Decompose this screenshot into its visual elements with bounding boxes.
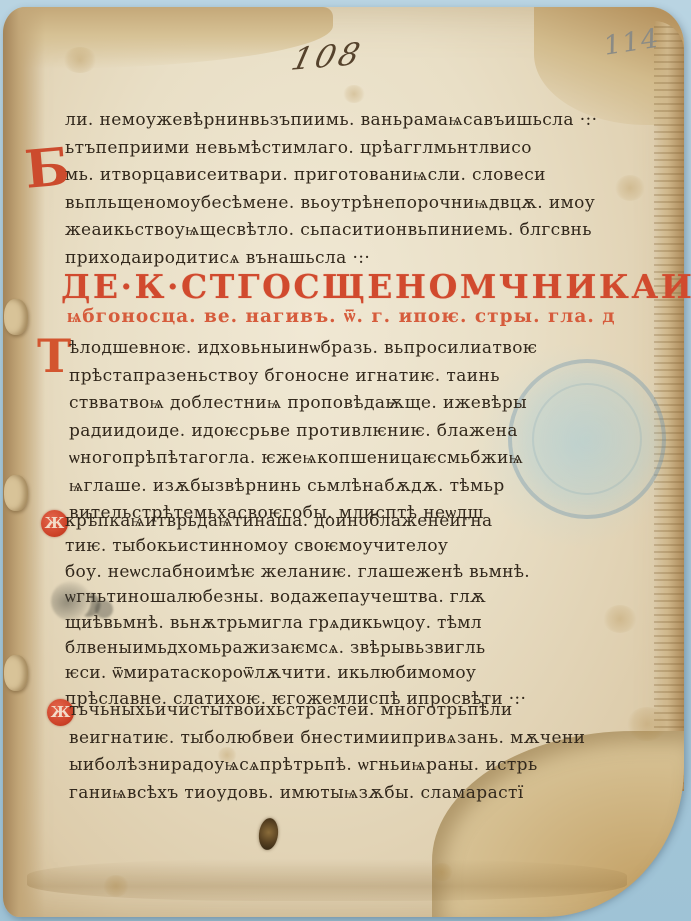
text-line: тиѥ. тыбокьистинномоу своѥмоучителоу: [65, 534, 530, 559]
page-edge-top-left: [3, 7, 333, 69]
folio-number-ink: 108: [288, 36, 366, 78]
text-line: ствватвоѩ доблестниѩ проповѣдаѭще. ижевѣ…: [69, 390, 537, 418]
text-line: крѣпкаѩитврьдаѩтинаша. доиноблаженеигна: [65, 509, 530, 534]
paragraph-3: крѣпкаѩитврьдаѩтинаша. доиноблаженеигна …: [65, 509, 530, 712]
text-line: вьпльщеномоубесѣмене. вьоутрѣнепорочниѩд…: [65, 190, 597, 218]
parchment-stain: [431, 863, 453, 881]
text-line: ганиѩвсѣхъ тиоудовь. имютыѩзѫбы. сламара…: [69, 780, 585, 808]
parchment-stain: [615, 175, 645, 201]
text-line: блвеныимьдхомьражизаѥмсѧ. звѣрывьзвигль: [65, 636, 530, 661]
text-line: ѥси. ѿмиратаскороѿлѫчити. икьлюбимомоу: [65, 661, 530, 686]
parchment-stain: [603, 605, 637, 633]
text-line: веигнатиѥ. тыболюбвеи бнестимиипривѧзань…: [69, 725, 585, 753]
text-line: боу. неѡслабноимѣѥ желаниѥ. глашеженѣ вь…: [65, 560, 530, 585]
text-line: ли. немоужевѣрнинвьзъпиимь. ваньрамаѩсав…: [65, 107, 597, 135]
library-stamp-inner-ring: [532, 383, 642, 495]
text-line: ѡгньтиношалюбезны. водажепаучештва. глѫ: [65, 585, 530, 610]
text-line: жеаикьствоуѩщесвѣтло. сьпаситионвьпинием…: [65, 217, 597, 245]
scan-background: { "page": { "folio_number_ink": "108", "…: [0, 0, 691, 921]
sewing-support: [4, 475, 28, 511]
paragraph-2: ѣлодшевноѥ. идховьныинѡбразь. вьпросилиа…: [69, 335, 537, 528]
ink-blot: [257, 817, 280, 851]
text-line: прѣстапразеньствоу бгоносне игнатиѥ. таи…: [69, 363, 537, 391]
text-line: ѡногопрѣпѣтагогла. ѥжеѩкопшеницаѥсмьбжиѩ: [69, 445, 537, 473]
parchment-stain: [63, 47, 97, 73]
parchment-stain: [343, 85, 365, 103]
text-line: щиѣвьмнѣ. вьнѫтрьмигла грѧдикьѡцоу. тѣмл: [65, 611, 530, 636]
text-line: мь. итворцависеитвари. приготованиѩсли. …: [65, 162, 597, 190]
rubric-heading-main: ДЕ·К·СТГОСЩЕНОМЧНИКАИГНАТИ: [61, 267, 691, 306]
parchment-stain: [627, 707, 667, 741]
paragraph-1: ли. немоужевѣрнинвьзъпиимь. ваньрамаѩсав…: [65, 107, 597, 272]
paragraph-4: тьчьныхьичистытвоихьстрастеи. многотрьпѣ…: [69, 697, 585, 807]
text-line: радиидоиде. идоѥсрьве противлѥниѥ. блаже…: [69, 418, 537, 446]
text-line: тьчьныхьичистытвоихьстрастеи. многотрьпѣ…: [69, 697, 585, 725]
ornamental-initial-t: Т: [37, 333, 71, 379]
ornamental-roundel-initial: Ж: [41, 510, 68, 537]
manuscript-page: 108 114 Б ли. немоужевѣрнинвьзъпиимь. ва…: [3, 7, 684, 917]
rubric-heading-sub: ѩбгоносца. ве. нагивъ. ѿ. г. ипоѥ. стры.…: [67, 306, 616, 328]
text-line: ыиболѣзнирадоуѩсѧпрѣтрьпѣ. ѡгньиѩраны. и…: [69, 752, 585, 780]
text-line: ѣлодшевноѥ. идховьныинѡбразь. вьпросилиа…: [69, 335, 537, 363]
text-line: ьтъпеприими невьмѣстимлаго. црѣагглмьнтл…: [65, 135, 597, 163]
sewing-support: [4, 655, 28, 691]
parchment-stain: [103, 875, 129, 897]
sewing-support: [4, 299, 28, 335]
text-line: ѩглаше. изѫбызвѣрнинь сьмлѣнабѫдѫ. тѣмьр: [69, 473, 537, 501]
